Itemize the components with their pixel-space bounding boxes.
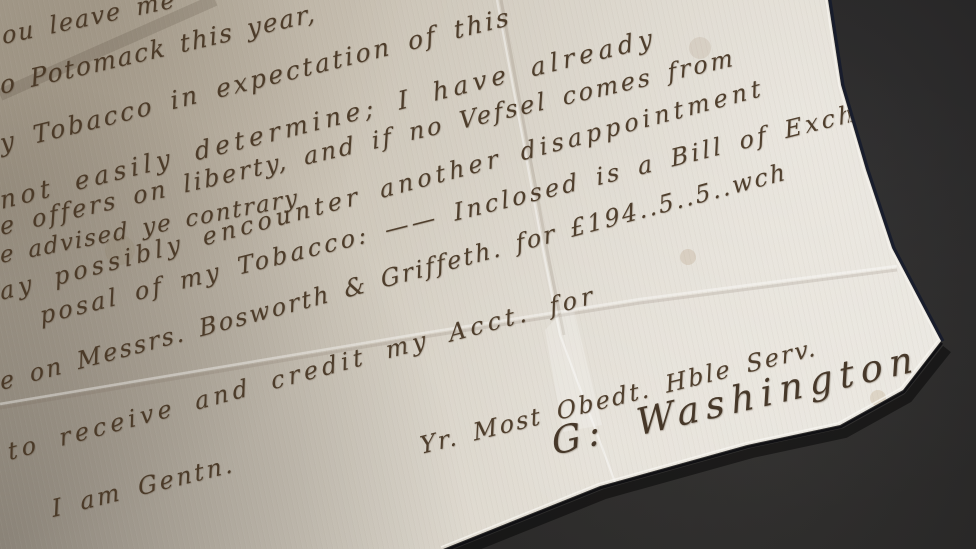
letter-photograph: G: Washington ou leave meo Potomack this… [0, 0, 976, 549]
letter-line-11: I am Gentn. [50, 451, 236, 520]
